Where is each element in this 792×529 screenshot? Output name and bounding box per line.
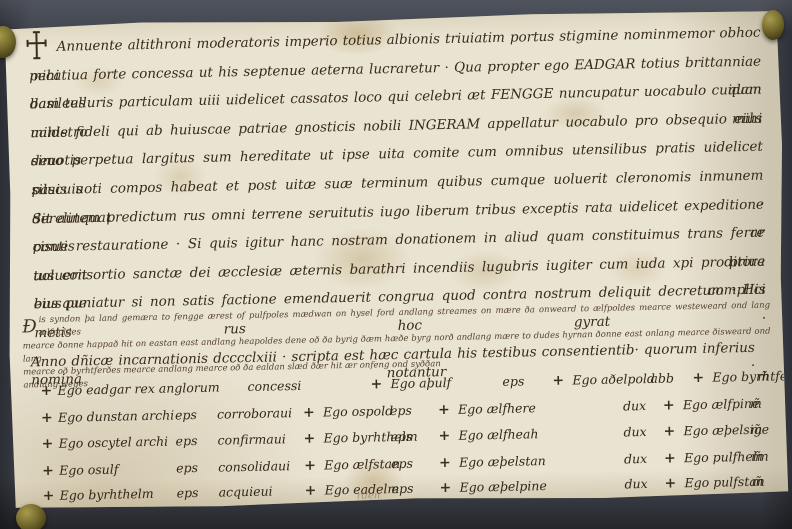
witness-title: eps xyxy=(176,455,198,481)
witness-title: eps xyxy=(502,368,524,394)
witness-name: Ego aþulf xyxy=(390,370,451,397)
witness-title: dux xyxy=(624,471,648,497)
witness-cross: + xyxy=(692,365,704,391)
witness-name: Ego aðelpold xyxy=(572,366,655,394)
brass-fastener-right-icon xyxy=(762,10,784,40)
witness-name: Ego ospold xyxy=(323,398,394,425)
witness-title: dux xyxy=(624,446,648,472)
witness-cross: + xyxy=(304,452,316,478)
faint-endorsement: rden xyxy=(357,490,381,502)
witness-title: eps xyxy=(175,428,197,454)
witness-cross: + xyxy=(552,368,564,394)
witness-title: dux xyxy=(623,419,647,445)
witness-title: eps xyxy=(176,480,198,506)
witness-cross: + xyxy=(663,392,675,418)
witness-title: eps xyxy=(390,424,412,450)
witness-cross: + xyxy=(664,470,676,496)
witness-name: Ego ælfstan xyxy=(324,450,400,478)
brass-fastener-bottom-icon xyxy=(16,504,46,529)
witness-name: Ego osulf xyxy=(59,456,119,483)
witness-cross: + xyxy=(303,399,315,425)
witness-title: m̃ xyxy=(751,443,763,469)
witness-name: Ego æþelpine xyxy=(459,473,547,501)
witness-title: m̃ xyxy=(750,417,762,443)
witness-title: eps xyxy=(391,476,413,502)
witness-cross: + xyxy=(370,371,382,397)
charter-photograph: Annuente altithroni moderatoris imperio … xyxy=(0,0,792,529)
witness-title: m̃ xyxy=(757,364,769,390)
witness-cross: + xyxy=(40,378,52,404)
witness-name: Ego æþelstan xyxy=(459,448,546,476)
witness-list: + Ego eadgar rex anglorum concessi + Ego… xyxy=(9,363,790,513)
witness-title: eps xyxy=(175,402,197,428)
witness-title: m̃ xyxy=(751,469,763,495)
witness-name: Ego byrhtferð xyxy=(712,363,792,391)
witness-title: abb xyxy=(650,365,674,391)
charter-body-text: Annuente altithroni moderatoris imperio … xyxy=(28,19,766,320)
witness-name: Ego eadgar rex anglorum xyxy=(57,375,220,404)
witness-title: eps xyxy=(390,397,412,423)
witness-cross: + xyxy=(304,478,316,504)
witness-name: Ego ælfheah xyxy=(458,421,538,449)
witness-verb: concessi xyxy=(247,373,301,400)
witness-title: dux xyxy=(623,393,647,419)
witness-cross: + xyxy=(439,475,451,501)
witness-cross: + xyxy=(41,404,53,430)
witness-name: Ego byrhthelm xyxy=(59,481,154,509)
witness-cross: + xyxy=(42,457,54,483)
witness-verb: corroboraui xyxy=(217,400,293,428)
parchment-sheet: Annuente altithroni moderatoris imperio … xyxy=(2,8,790,512)
witness-verb: acquieui xyxy=(218,479,272,506)
boundary-initial: Ð xyxy=(22,314,37,340)
witness-name: Ego ælfpine xyxy=(683,390,760,418)
witness-cross: + xyxy=(439,449,451,475)
witness-verb: consolidaui xyxy=(218,453,291,480)
witness-verb: confirmaui xyxy=(217,426,286,453)
witness-cross: + xyxy=(42,483,54,509)
witness-title: eps xyxy=(391,450,413,476)
witness-cross: + xyxy=(438,423,450,449)
witness-cross: + xyxy=(41,431,53,457)
witness-name: Ego oscytel archi xyxy=(58,429,168,457)
witness-cross: + xyxy=(303,426,315,452)
witness-cross: + xyxy=(663,418,675,444)
witness-cross: + xyxy=(438,396,450,422)
witness-cross: + xyxy=(664,445,676,471)
witness-name: Ego dunstan archi xyxy=(58,402,175,430)
witness-name: Ego ælfhere xyxy=(458,395,536,423)
witness-title: m̃ xyxy=(750,390,762,416)
